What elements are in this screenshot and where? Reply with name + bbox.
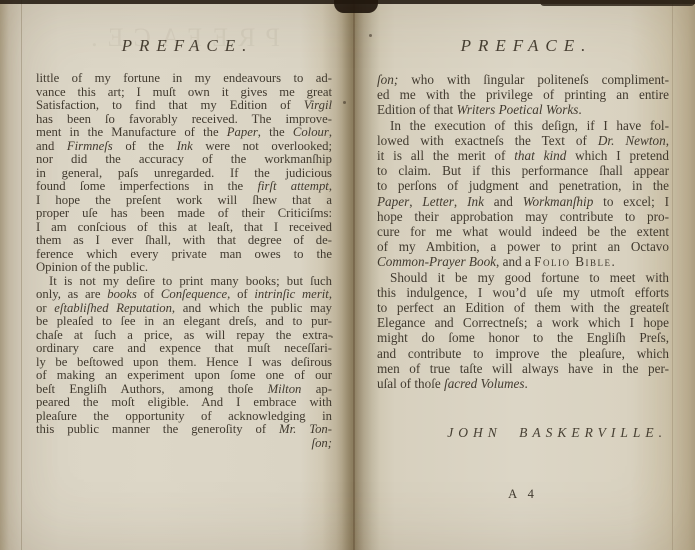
text-line: In the execution of this deſign, if I ha…: [377, 118, 669, 133]
text-line: to perſons of judgment and penetration, …: [377, 178, 669, 193]
text-line: lowed with exactneſs the Text of Dr. New…: [377, 133, 669, 148]
text-line: or eſtabliſhed Reputation, and which the…: [36, 302, 332, 316]
text-line: ference which every private man owes to …: [36, 248, 332, 262]
text-line: this indulgence, I wou’d uſe my utmoſt e…: [377, 285, 669, 300]
right-page-header-label: PREFACE.: [461, 36, 593, 55]
right-page-body: ſon; who with ſingular politeneſs compli…: [377, 72, 669, 391]
text-line: chaſe at ſuch a price, as will repay the…: [36, 329, 332, 343]
text-line: little of my fortune in my endeavours to…: [36, 72, 332, 86]
gutter-crease: [353, 0, 355, 550]
text-line: Satisfaction, to find that my Edition of…: [36, 99, 332, 113]
text-line: uſal of thoſe ſacred Volumes.: [377, 376, 669, 391]
left-page-header: PREFACE. PREFACE.: [36, 36, 332, 56]
text-line: to claim. But if this performance ſhall …: [377, 163, 669, 178]
right-page-edge: [672, 0, 673, 550]
right-page-header: PREFACE.: [377, 36, 669, 56]
right-page: PREFACE. ſon; who with ſingular politene…: [377, 36, 669, 502]
gathering-mark: A 4: [377, 487, 669, 502]
text-line: and contribute to improve the pleaſure, …: [377, 346, 669, 361]
text-line: I am conſcious of this at leaſt, that I …: [36, 221, 332, 235]
text-line: them as I ever ſhall, with that degree o…: [36, 234, 332, 248]
text-line: ed me with the privilege of printing an …: [377, 87, 669, 102]
text-line: ſon; who with ſingular politeneſs compli…: [377, 72, 669, 87]
text-line: pleaſure the opportunity of acknowledgin…: [36, 410, 332, 424]
photo-top-edge-right: [540, 0, 695, 6]
text-line: I hope the preſent work will ſhew that a: [36, 194, 332, 208]
book-scan: PREFACE. PREFACE. little of my fortune i…: [0, 0, 695, 550]
text-line: cure for me what would indeed be the ext…: [377, 224, 669, 239]
text-line: has been ſo favorably received. The impr…: [36, 113, 332, 127]
paragraph: In the execution of this deſign, if I ha…: [377, 118, 669, 270]
text-line: ly be beſtowed upon them. Hence I was de…: [36, 356, 332, 370]
left-page-edge: [21, 0, 22, 550]
text-line: nor did the accuracy of the workmanſhip: [36, 153, 332, 167]
left-page-header-label: PREFACE.: [122, 36, 254, 55]
text-line: Should it be my good fortune to meet wit…: [377, 270, 669, 285]
left-page-body: little of my fortune in my endeavours to…: [36, 72, 332, 437]
text-line: peared the moſt eligible. And I embrace …: [36, 396, 332, 410]
paragraph: Should it be my good fortune to meet wit…: [377, 270, 669, 392]
text-line: ordinary care and expence that muſt nece…: [36, 342, 332, 356]
paragraph: It is not my deſire to print many books;…: [36, 275, 332, 437]
text-line: Common-Prayer Book, and a Folio Bible.: [377, 254, 669, 269]
text-line: Opinion of the public.: [36, 261, 332, 275]
text-line: Elegance and Correctneſs; a work which I…: [377, 315, 669, 330]
text-line: found ſome imperfections in the firſt at…: [36, 180, 332, 194]
text-line: this public manner the generoſity of Mr.…: [36, 423, 332, 437]
paragraph: little of my fortune in my endeavours to…: [36, 72, 332, 275]
text-line: hope their approbation may contribute to…: [377, 209, 669, 224]
catchword: ſon;: [36, 437, 332, 451]
text-line: it is all the merit of that kind which I…: [377, 148, 669, 163]
text-line: ment in the Manufacture of the Paper, th…: [36, 126, 332, 140]
text-line: in general, paſs unregarded. If the judi…: [36, 167, 332, 181]
paragraph: ſon; who with ſingular politeneſs compli…: [377, 72, 669, 118]
text-line: Edition of that Writers Poetical Works.: [377, 102, 669, 117]
text-line: It is not my deſire to print many books;…: [36, 275, 332, 289]
text-line: Paper, Letter, Ink and Workmanſhip to ex…: [377, 194, 669, 209]
text-line: beſt Engliſh Authors, among thoſe Milton…: [36, 383, 332, 397]
dust-speck: [343, 101, 346, 104]
text-line: proper uſe has been made of their Critic…: [36, 207, 332, 221]
text-line: vance this art; I muſt own it gives me g…: [36, 86, 332, 100]
text-line: of making an experiment upon ſome one of…: [36, 369, 332, 383]
text-line: men of true taſte will always have in th…: [377, 361, 669, 376]
left-page: PREFACE. PREFACE. little of my fortune i…: [36, 36, 332, 450]
text-line: be pleaſed to ſee in an elegant dreſs, a…: [36, 315, 332, 329]
dust-speck: [369, 34, 372, 37]
text-line: only, as are books of Conſequence, of in…: [36, 288, 332, 302]
author-signature: JOHN BASKERVILLE.: [377, 425, 669, 441]
text-line: of my Ambition, a power to print an Octa…: [377, 239, 669, 254]
text-line: and Firmneſs of the Ink were not overloo…: [36, 140, 332, 154]
binding-shadow: [334, 0, 378, 13]
text-line: might do ſome honor to the Engliſh Preſs…: [377, 330, 669, 345]
text-line: to perfect an Edition of them with the g…: [377, 300, 669, 315]
